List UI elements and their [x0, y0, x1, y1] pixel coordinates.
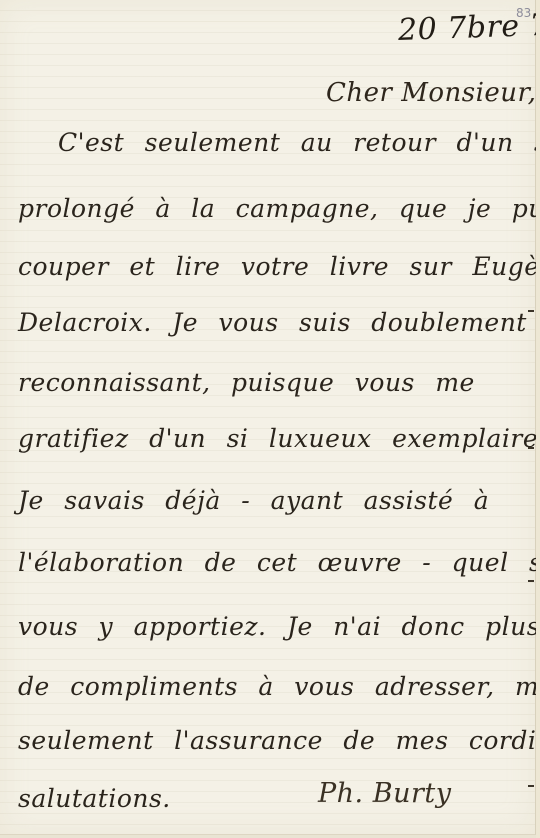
page-edge — [536, 0, 540, 838]
letter-date: 20 7bre 73 — [397, 7, 540, 48]
letter-line: gratifiez d'un si luxueux exemplaire. — [18, 424, 540, 453]
letter-line: prolongé à la campagne, que je puis — [18, 194, 540, 223]
letter-page: 83 20 7bre 73 Cher Monsieur, C'est seule… — [0, 0, 536, 835]
letter-line: salutations. — [18, 784, 171, 813]
letter-line: vous y apportiez. Je n'ai donc plus — [18, 612, 540, 641]
letter-line: Delacroix. Je vous suis doublement — [18, 308, 527, 337]
letter-line: de compliments à vous adresser, mais — [18, 672, 540, 701]
letter-line: seulement l'assurance de mes cordiales — [18, 726, 540, 755]
letter-line: reconnaissant, puisque vous me — [18, 368, 475, 397]
letter-salutation: Cher Monsieur, — [326, 78, 536, 108]
margin-mark — [528, 447, 534, 449]
margin-mark — [528, 785, 534, 787]
letter-line: couper et lire votre livre sur Eugène — [18, 252, 540, 281]
letter-line: l'élaboration de cet œuvre - quel soin — [18, 548, 540, 577]
letter-line: Je savais déjà - ayant assisté à — [18, 486, 489, 515]
letter-signature: Ph. Burty — [318, 778, 451, 809]
letter-line: C'est seulement au retour d'un séjour — [58, 128, 540, 157]
margin-mark — [528, 310, 534, 312]
margin-mark — [528, 580, 534, 582]
